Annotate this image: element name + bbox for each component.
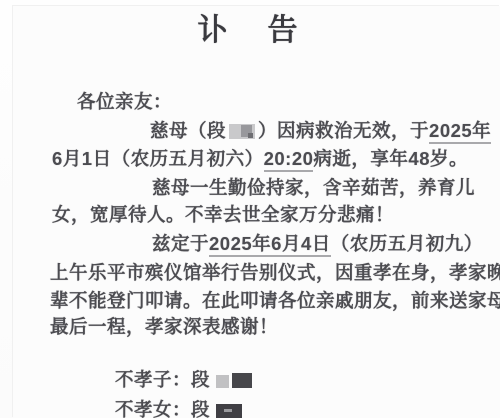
redaction-speckle — [224, 409, 232, 412]
paragraph3-line1: 兹定于2025年6月4日（农历五月初九） — [152, 235, 483, 254]
redacted-name-block — [229, 124, 255, 139]
paragraph3-line2: 上午乐平市殡仪馆举行告别仪式，因重孝在身，孝家晚 — [50, 264, 500, 283]
ceremony-lunar-date: （农历五月初九） — [331, 233, 483, 254]
underlined-death-time: 20:20 — [264, 148, 314, 172]
paragraph3-line4: 最后一程，孝家深表感谢！ — [50, 318, 278, 337]
ceremony-intro: 兹定于 — [152, 233, 209, 254]
redacted-name-block — [232, 373, 252, 388]
paragraph1-line1: 慈母（段）因病救治无效，于2025年 — [150, 122, 491, 141]
signature-son: 不孝子：段 — [115, 371, 252, 390]
underlined-ceremony-date: 2025年6月4日 — [209, 233, 331, 257]
paragraph3-line3: 辈不能登门叩请。在此叩请各位亲戚朋友，前来送家母 — [50, 292, 500, 311]
redaction-dot — [248, 133, 253, 138]
signature-daughter: 不孝女：段 — [115, 401, 242, 418]
paragraph2-line1: 慈母一生勤俭持家，含辛茹苦，养育儿 — [152, 179, 475, 198]
paragraph1-line2: 6月1日（农历五月初六）20:20病逝，享年48岁。 — [52, 150, 468, 169]
redacted-name-block — [216, 375, 229, 388]
obituary-title: 讣 告 — [0, 16, 500, 46]
death-date: 6月1日（农历五月初六） — [52, 148, 264, 169]
signature-daughter-label: 不孝女：段 — [115, 399, 210, 418]
signature-son-label: 不孝子：段 — [115, 369, 210, 390]
underlined-death-year: 2025年 — [429, 120, 491, 144]
paragraph2-line2: 女，宽厚待人。不幸去世全家万分悲痛！ — [52, 206, 394, 225]
salutation: 各位亲友： — [77, 93, 172, 112]
obituary-photo: 讣 告 各位亲友： 慈母（段）因病救治无效，于2025年 6月1日（农历五月初六… — [0, 0, 500, 418]
death-cause: ）因病救治无效，于 — [258, 120, 429, 141]
death-age: 病逝，享年48岁。 — [313, 148, 468, 169]
deceased-intro: 慈母（段 — [150, 120, 226, 141]
redacted-name-block — [216, 404, 242, 418]
